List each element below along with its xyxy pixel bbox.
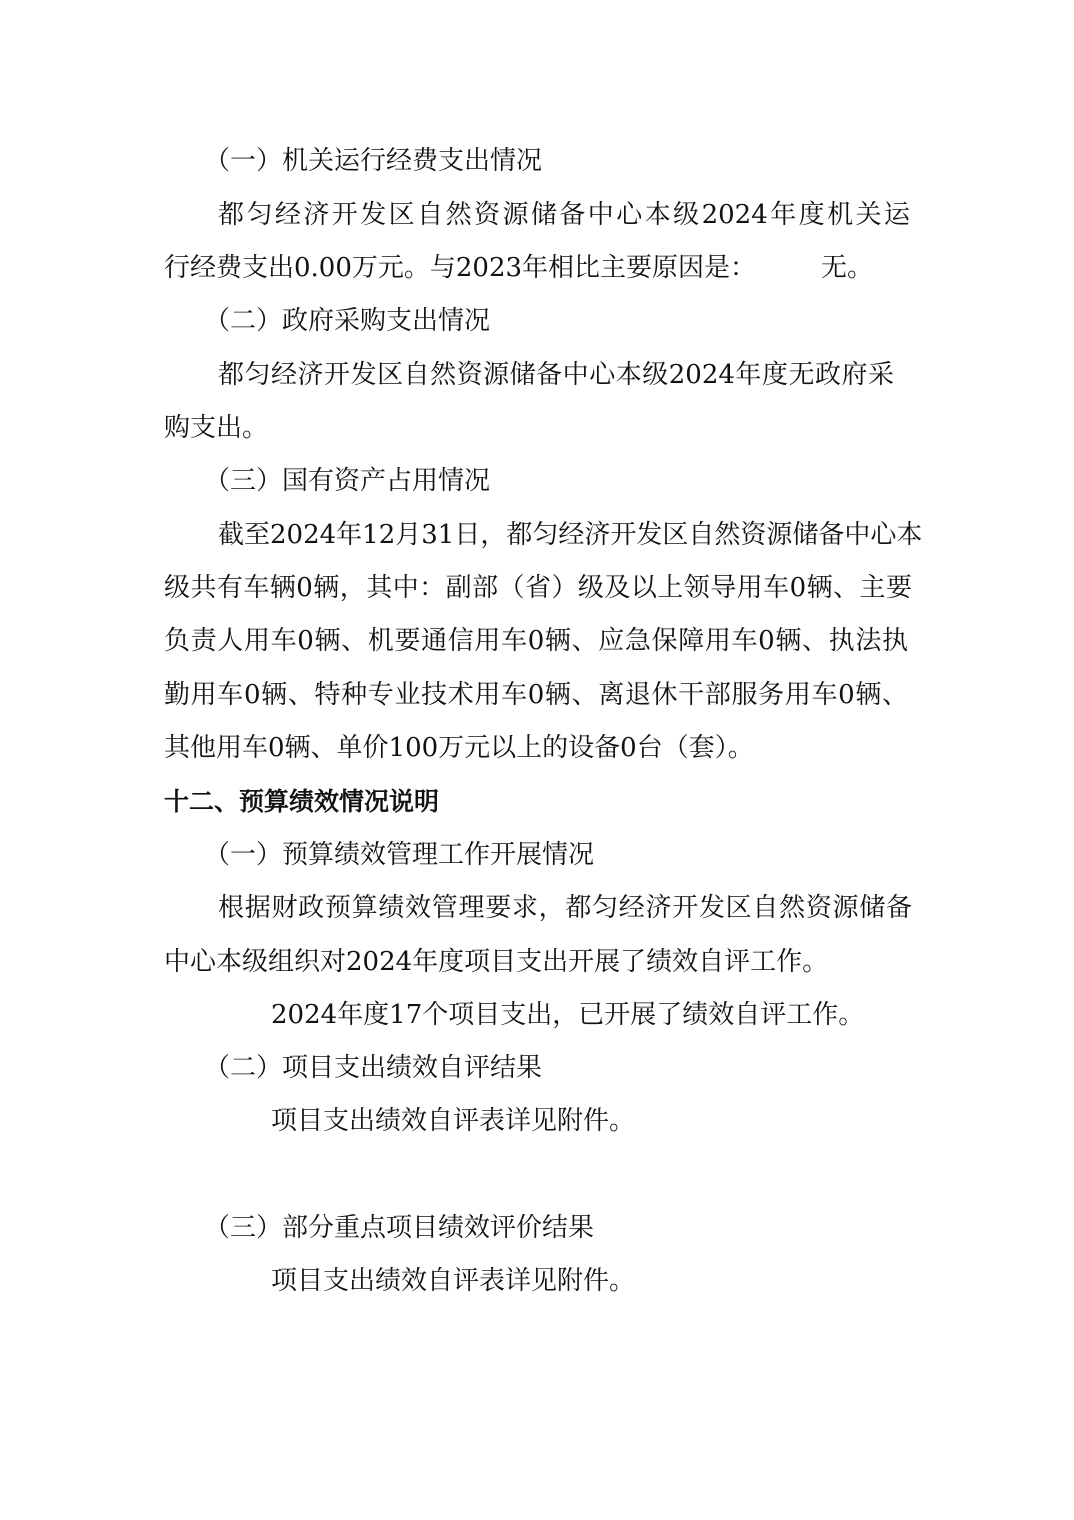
- section-heading-state-assets: （三）国有资产占用情况: [204, 464, 490, 498]
- chapter-heading-performance: 十二、预算绩效情况说明: [164, 785, 439, 819]
- paragraph-line: 中心本级组织对2024年度项目支出开展了绩效自评工作。: [164, 945, 828, 979]
- paragraph-line: 负责人用车0辆、机要通信用车0辆、应急保障用车0辆、执法执: [164, 624, 908, 658]
- paragraph-line: 2024年度17个项目支出，已开展了绩效自评工作。: [271, 998, 864, 1032]
- paragraph-line: 项目支出绩效自评表详见附件。: [271, 1264, 635, 1298]
- paragraph-line: 行经费支出0.00万元。与2023年相比主要原因是： 无。: [164, 251, 873, 285]
- paragraph-line: 勤用车0辆、特种专业技术用车0辆、离退休干部服务用车0辆、: [164, 678, 908, 712]
- paragraph-line: 都匀经济开发区自然资源储备中心本级2024年度机关运: [218, 198, 910, 232]
- paragraph-line: 截至2024年12月31日，都匀经济开发区自然资源储备中心本: [218, 518, 912, 552]
- document-page: （一）机关运行经费支出情况 都匀经济开发区自然资源储备中心本级2024年度机关运…: [0, 0, 1074, 1520]
- section-heading-performance-management: （一）预算绩效管理工作开展情况: [204, 838, 594, 872]
- paragraph-line: 都匀经济开发区自然资源储备中心本级2024年度无政府采: [218, 358, 894, 392]
- paragraph-line: 根据财政预算绩效管理要求，都匀经济开发区自然资源储备: [218, 891, 912, 925]
- paragraph-line: 项目支出绩效自评表详见附件。: [271, 1104, 635, 1138]
- section-heading-operating-expenses: （一）机关运行经费支出情况: [204, 144, 542, 178]
- paragraph-line: 其他用车0辆、单价100万元以上的设备0台（套）。: [164, 731, 754, 765]
- paragraph-line: 级共有车辆0辆，其中：副部（省）级及以上领导用车0辆、主要: [164, 571, 912, 605]
- section-heading-key-project-evaluation: （三）部分重点项目绩效评价结果: [204, 1211, 594, 1245]
- section-heading-procurement: （二）政府采购支出情况: [204, 304, 490, 338]
- section-heading-self-evaluation: （二）项目支出绩效自评结果: [204, 1051, 542, 1085]
- paragraph-line: 购支出。: [164, 411, 268, 445]
